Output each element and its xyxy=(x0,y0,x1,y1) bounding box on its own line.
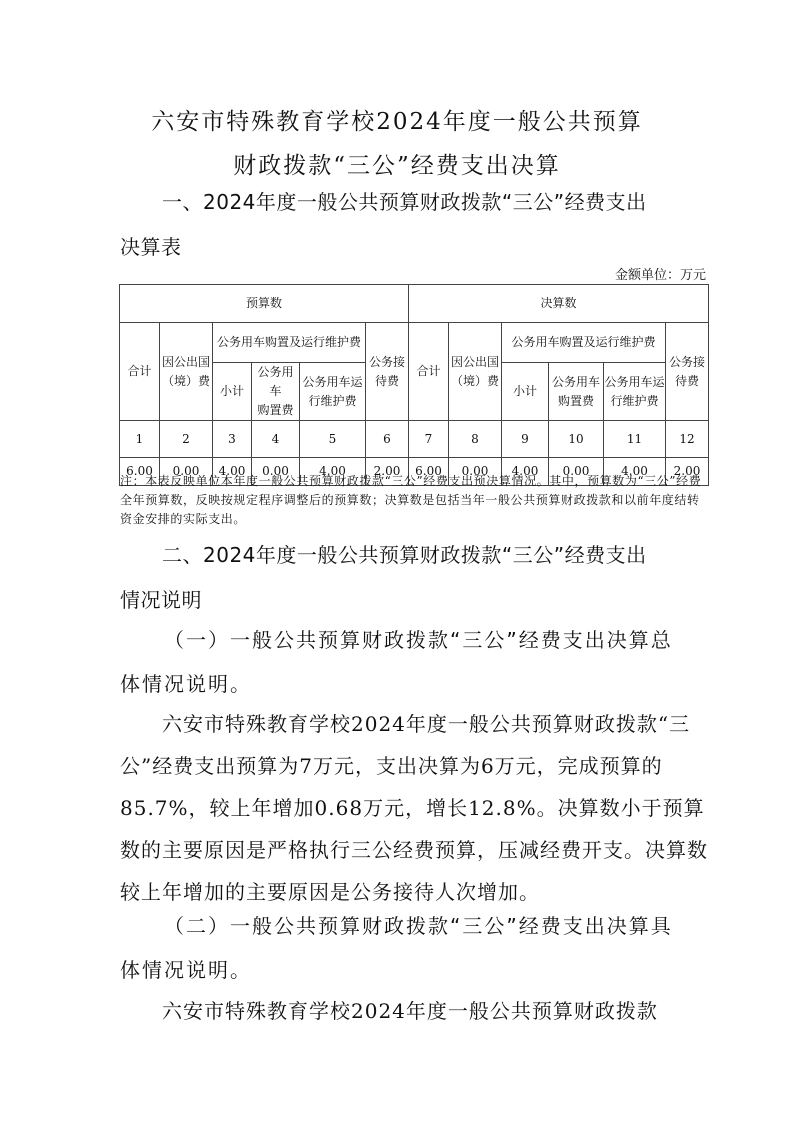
subsection-1-heading: （一）一般公共预算财政拨款“三公”经费支出决算总 体情况说明。 xyxy=(120,618,710,706)
final-purchase-header: 公务用车购置费 xyxy=(549,363,604,421)
subsection-1-heading-line-1: （一）一般公共预算财政拨款“三公”经费支出决算总 xyxy=(120,618,710,662)
section-2-heading-line-2: 情况说明 xyxy=(120,578,710,623)
col-number: 8 xyxy=(449,421,502,458)
budget-group-header: 预算数 xyxy=(120,285,409,323)
budget-total-header: 合计 xyxy=(120,323,160,421)
group-header-row: 预算数 决算数 xyxy=(120,285,709,323)
col-number: 12 xyxy=(666,421,709,458)
document-title-line-1: 六安市特殊教育学校2024年度一般公共预算 xyxy=(0,103,794,136)
section-2-heading: 二、2024年度一般公共预算财政拨款“三公”经费支出 情况说明 xyxy=(120,533,710,623)
subsection-2-heading: （二）一般公共预算财政拨款“三公”经费支出决算具 体情况说明。 xyxy=(120,904,710,992)
table-note: 注：本表反映单位本年度一般公共预算财政拨款“三公”经费支出预决算情况。其中，预算… xyxy=(120,472,710,529)
final-total-header: 合计 xyxy=(409,323,449,421)
col-number: 1 xyxy=(120,421,160,458)
final-abroad-header: 因公出国（境）费 xyxy=(449,323,502,421)
col-number: 3 xyxy=(213,421,252,458)
col-number: 10 xyxy=(549,421,604,458)
subsection-2-heading-line-1: （二）一般公共预算财政拨款“三公”经费支出决算具 xyxy=(120,904,710,948)
budget-abroad-header: 因公出国（境）费 xyxy=(160,323,213,421)
budget-reception-header: 公务接待费 xyxy=(366,323,409,421)
budget-purchase-header: 公务用车购置费 xyxy=(252,363,300,421)
final-operation-header: 公务用车运行维护费 xyxy=(604,363,666,421)
unit-label: 金额单位：万元 xyxy=(615,264,706,283)
subsection-1-heading-line-2: 体情况说明。 xyxy=(120,662,710,706)
section-1-heading: 一、2024年度一般公共预算财政拨款“三公”经费支出 决算表 xyxy=(120,180,710,270)
col-number: 4 xyxy=(252,421,300,458)
final-reception-header: 公务接待费 xyxy=(666,323,709,421)
document-title-line-2: 财政拨款“三公”经费支出决算 xyxy=(0,147,794,180)
final-group-header: 决算数 xyxy=(409,285,709,323)
section-2-heading-line-1: 二、2024年度一般公共预算财政拨款“三公”经费支出 xyxy=(120,533,710,578)
final-subtotal-header: 小计 xyxy=(502,363,549,421)
three-public-expenses-table: 预算数 决算数 合计 因公出国（境）费 公务用车购置及运行维护费 公务接待费 合… xyxy=(119,284,709,486)
col-number: 7 xyxy=(409,421,449,458)
budget-subtotal-header: 小计 xyxy=(213,363,252,421)
final-vehicle-group-header: 公务用车购置及运行维护费 xyxy=(502,323,666,363)
col-number: 6 xyxy=(366,421,409,458)
budget-vehicle-group-header: 公务用车购置及运行维护费 xyxy=(213,323,366,363)
column-number-row: 1 2 3 4 5 6 7 8 9 10 11 12 xyxy=(120,421,709,458)
paragraph-overview: 六安市特殊教育学校2024年度一般公共预算财政拨款“三公”经费支出预算为7万元，… xyxy=(120,703,710,913)
col-number: 2 xyxy=(160,421,213,458)
col-number: 5 xyxy=(300,421,366,458)
document-page: 六安市特殊教育学校2024年度一般公共预算 财政拨款“三公”经费支出决算 一、2… xyxy=(0,0,794,1122)
col-number: 9 xyxy=(502,421,549,458)
paragraph-detail: 六安市特殊教育学校2024年度一般公共预算财政拨款 xyxy=(120,990,710,1032)
column-header-row-1: 合计 因公出国（境）费 公务用车购置及运行维护费 公务接待费 合计 因公出国（境… xyxy=(120,323,709,363)
section-1-heading-line-1: 一、2024年度一般公共预算财政拨款“三公”经费支出 xyxy=(120,180,710,225)
budget-operation-header: 公务用车运行维护费 xyxy=(300,363,366,421)
col-number: 11 xyxy=(604,421,666,458)
subsection-2-heading-line-2: 体情况说明。 xyxy=(120,948,710,992)
